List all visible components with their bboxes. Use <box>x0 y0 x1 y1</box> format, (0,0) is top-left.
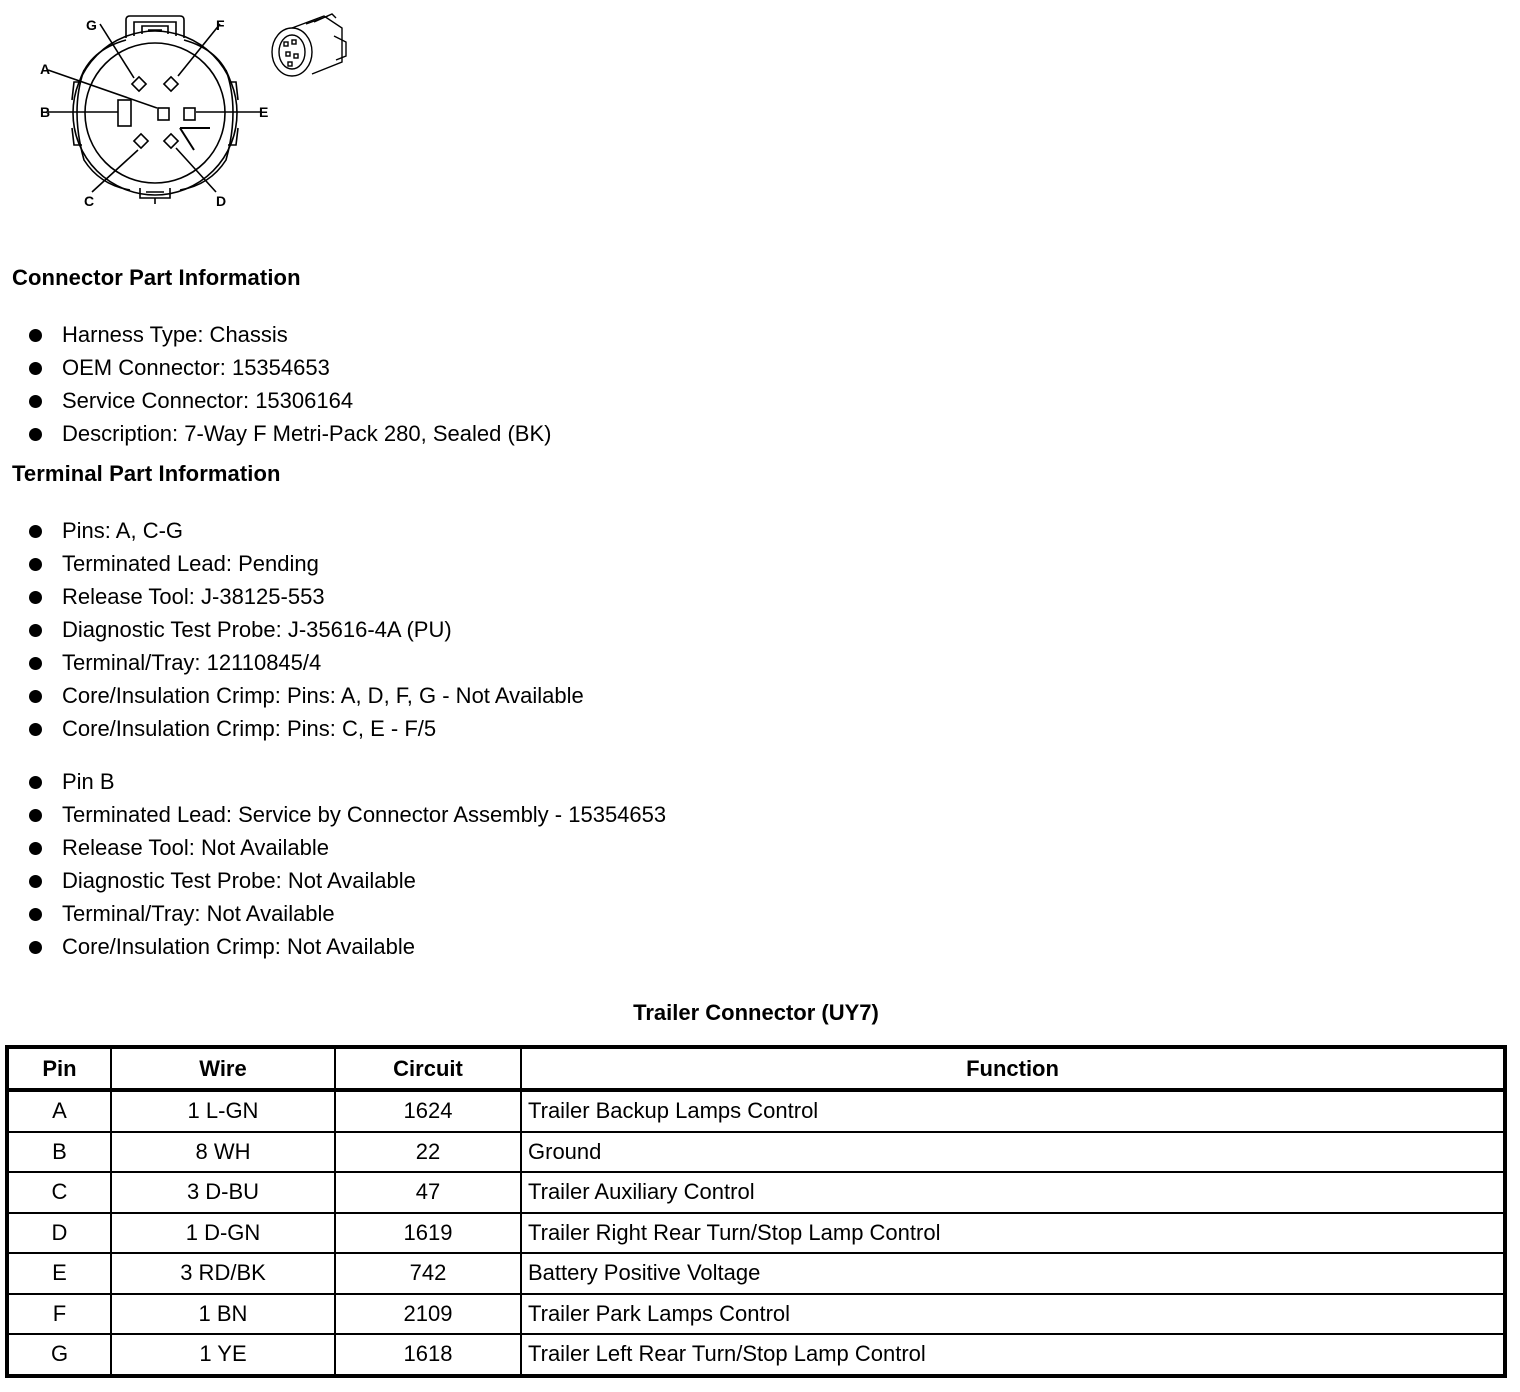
connector-isometric-icon <box>262 12 358 78</box>
wire-cell: 1 L-GN <box>111 1090 335 1132</box>
pin-cell: F <box>7 1294 111 1335</box>
header-wire: Wire <box>111 1047 335 1090</box>
wire-cell: 1 YE <box>111 1334 335 1376</box>
terminal-part-info-heading: Terminal Part Information <box>12 461 281 487</box>
wire-cell: 3 RD/BK <box>111 1253 335 1294</box>
circuit-cell: 22 <box>335 1132 521 1173</box>
circuit-cell: 47 <box>335 1172 521 1213</box>
function-cell: Trailer Park Lamps Control <box>521 1294 1505 1335</box>
connector-face-diagram: G F A B E C D <box>30 10 280 210</box>
table-header-row: Pin Wire Circuit Function <box>7 1047 1505 1090</box>
circuit-cell: 1624 <box>335 1090 521 1132</box>
list-item: Description: 7-Way F Metri-Pack 280, Sea… <box>28 417 551 450</box>
terminal-part-info-list-1: Pins: A, C-G Terminated Lead: Pending Re… <box>28 514 584 745</box>
function-cell: Trailer Auxiliary Control <box>521 1172 1505 1213</box>
table-row: B8 WH22Ground <box>7 1132 1505 1173</box>
circuit-cell: 1619 <box>335 1213 521 1254</box>
list-item: Core/Insulation Crimp: Pins: A, D, F, G … <box>28 679 584 712</box>
list-item: Core/Insulation Crimp: Pins: C, E - F/5 <box>28 712 584 745</box>
list-item: Core/Insulation Crimp: Not Available <box>28 930 666 963</box>
list-item: Diagnostic Test Probe: Not Available <box>28 864 666 897</box>
table-row: F1 BN2109Trailer Park Lamps Control <box>7 1294 1505 1335</box>
header-pin: Pin <box>7 1047 111 1090</box>
list-item: Harness Type: Chassis <box>28 318 551 351</box>
function-cell: Battery Positive Voltage <box>521 1253 1505 1294</box>
connector-part-info-list: Harness Type: Chassis OEM Connector: 153… <box>28 318 551 450</box>
table-row: A1 L-GN1624Trailer Backup Lamps Control <box>7 1090 1505 1132</box>
pin-cell: B <box>7 1132 111 1173</box>
terminal-part-info-list-2: Pin B Terminated Lead: Service by Connec… <box>28 765 666 963</box>
list-item: OEM Connector: 15354653 <box>28 351 551 384</box>
pin-cell: E <box>7 1253 111 1294</box>
list-item: Service Connector: 15306164 <box>28 384 551 417</box>
table-row: G1 YE1618Trailer Left Rear Turn/Stop Lam… <box>7 1334 1505 1376</box>
list-item: Terminal/Tray: 12110845/4 <box>28 646 584 679</box>
list-item: Pin B <box>28 765 666 798</box>
pin-label-d: D <box>216 193 226 209</box>
list-item: Release Tool: J-38125-553 <box>28 580 584 613</box>
wire-cell: 1 BN <box>111 1294 335 1335</box>
circuit-cell: 1618 <box>335 1334 521 1376</box>
wire-cell: 8 WH <box>111 1132 335 1173</box>
list-item: Terminal/Tray: Not Available <box>28 897 666 930</box>
pin-label-b: B <box>40 104 50 120</box>
table-row: E3 RD/BK742Battery Positive Voltage <box>7 1253 1505 1294</box>
pin-cell: G <box>7 1334 111 1376</box>
wire-cell: 1 D-GN <box>111 1213 335 1254</box>
header-circuit: Circuit <box>335 1047 521 1090</box>
trailer-connector-table: Pin Wire Circuit Function A1 L-GN1624Tra… <box>5 1045 1507 1378</box>
function-cell: Trailer Backup Lamps Control <box>521 1090 1505 1132</box>
pin-cell: C <box>7 1172 111 1213</box>
list-item: Terminated Lead: Pending <box>28 547 584 580</box>
pin-label-a: A <box>40 61 50 77</box>
list-item: Pins: A, C-G <box>28 514 584 547</box>
table-title: Trailer Connector (UY7) <box>0 1000 1512 1026</box>
pin-label-f: F <box>216 17 225 33</box>
list-item: Terminated Lead: Service by Connector As… <box>28 798 666 831</box>
list-item: Release Tool: Not Available <box>28 831 666 864</box>
pin-cell: D <box>7 1213 111 1254</box>
header-function: Function <box>521 1047 1505 1090</box>
connector-part-info-heading: Connector Part Information <box>12 265 301 291</box>
table-row: C3 D-BU47Trailer Auxiliary Control <box>7 1172 1505 1213</box>
circuit-cell: 2109 <box>335 1294 521 1335</box>
function-cell: Ground <box>521 1132 1505 1173</box>
pin-label-c: C <box>84 193 94 209</box>
function-cell: Trailer Left Rear Turn/Stop Lamp Control <box>521 1334 1505 1376</box>
pin-cell: A <box>7 1090 111 1132</box>
table-row: D1 D-GN1619Trailer Right Rear Turn/Stop … <box>7 1213 1505 1254</box>
circuit-cell: 742 <box>335 1253 521 1294</box>
pin-label-e: E <box>259 104 268 120</box>
pin-label-g: G <box>86 17 97 33</box>
list-item: Diagnostic Test Probe: J-35616-4A (PU) <box>28 613 584 646</box>
function-cell: Trailer Right Rear Turn/Stop Lamp Contro… <box>521 1213 1505 1254</box>
wire-cell: 3 D-BU <box>111 1172 335 1213</box>
